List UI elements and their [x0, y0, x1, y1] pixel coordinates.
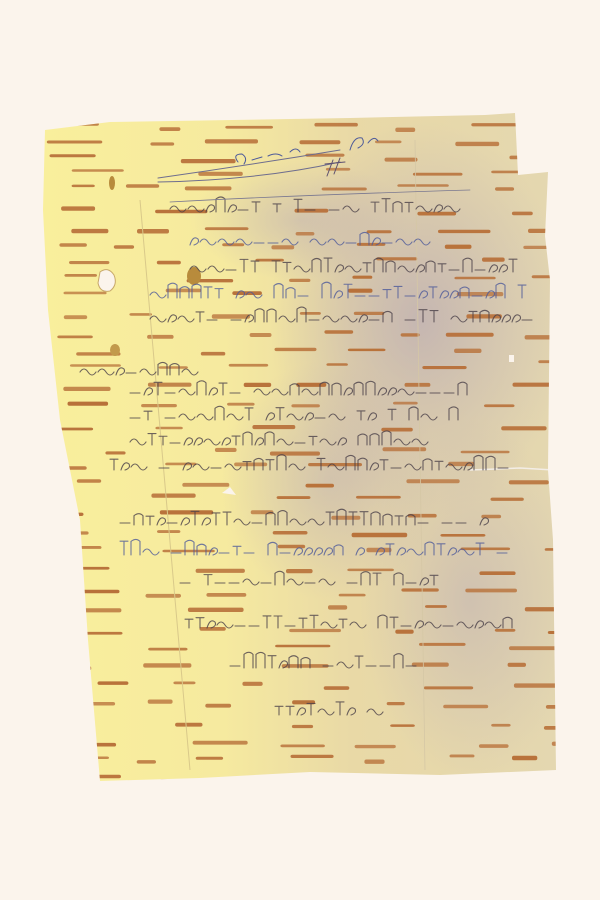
lenticel	[361, 775, 409, 778]
lenticel	[273, 531, 308, 535]
lenticel	[150, 142, 174, 145]
lenticel	[339, 594, 366, 597]
lenticel	[387, 702, 405, 705]
lenticel	[61, 206, 95, 210]
manuscript-photo	[0, 0, 600, 900]
lenticel	[196, 569, 245, 573]
lenticel	[70, 632, 123, 635]
lenticel	[48, 646, 66, 649]
lenticel	[552, 742, 592, 746]
lenticel	[229, 364, 269, 367]
lenticel	[193, 741, 248, 745]
lenticel	[159, 366, 188, 369]
lenticel	[352, 533, 408, 538]
lenticel	[355, 745, 396, 748]
lenticel	[532, 275, 568, 278]
lenticel	[212, 314, 250, 318]
lenticel	[509, 480, 549, 484]
lenticel	[364, 760, 384, 764]
lenticel	[227, 403, 255, 406]
lenticel	[306, 484, 335, 488]
lenticel	[525, 335, 580, 339]
lenticel	[46, 497, 75, 501]
lenticel	[513, 383, 552, 387]
lenticel	[482, 258, 505, 262]
lenticel	[148, 648, 187, 651]
lenticel	[424, 686, 474, 689]
lenticel	[75, 546, 102, 549]
lenticel	[446, 333, 494, 337]
lenticel	[538, 360, 583, 363]
lenticel	[471, 123, 525, 126]
lenticel	[438, 230, 491, 233]
lenticel	[70, 364, 121, 367]
lenticel	[295, 209, 329, 213]
lenticel	[271, 245, 294, 249]
lenticel	[225, 126, 273, 129]
lenticel	[205, 704, 231, 708]
lenticel	[557, 350, 599, 354]
lenticel	[440, 534, 485, 537]
lenticel	[450, 755, 475, 758]
lenticel	[147, 335, 174, 339]
hole	[509, 355, 514, 362]
lenticel	[289, 279, 310, 282]
lenticel	[397, 184, 449, 187]
lenticel	[244, 383, 272, 387]
lenticel	[512, 756, 537, 760]
lenticel	[296, 232, 315, 236]
lenticel	[454, 349, 481, 353]
lenticel	[72, 169, 124, 172]
lenticel	[555, 140, 592, 144]
lenticel	[501, 426, 546, 430]
birch-bark-sheet	[40, 113, 600, 784]
lenticel	[348, 289, 372, 293]
lenticel	[454, 277, 495, 280]
lenticel	[289, 629, 341, 632]
lenticel	[491, 724, 510, 727]
lenticel	[508, 663, 526, 667]
lenticel	[559, 156, 600, 160]
knot	[109, 176, 115, 190]
lenticel	[148, 383, 192, 387]
lenticel	[357, 243, 386, 246]
lenticel	[148, 700, 173, 704]
lenticel	[417, 212, 456, 216]
lenticel	[292, 725, 313, 728]
lenticel	[557, 463, 578, 466]
lenticel	[280, 745, 325, 748]
lenticel	[277, 496, 311, 499]
lenticel	[64, 292, 107, 295]
lenticel	[69, 261, 109, 264]
lenticel	[314, 123, 358, 127]
lenticel	[509, 156, 527, 160]
lenticel	[63, 387, 110, 391]
lenticel	[300, 312, 321, 315]
lenticel	[406, 479, 459, 483]
lenticel	[43, 682, 71, 686]
lenticel	[69, 666, 91, 670]
lenticel	[512, 212, 533, 216]
lenticel	[523, 246, 577, 249]
lenticel	[72, 590, 119, 594]
lenticel	[525, 607, 570, 611]
lenticel	[270, 452, 320, 456]
lenticel	[175, 723, 202, 727]
lenticel	[64, 315, 87, 319]
lenticel	[77, 775, 121, 779]
lenticel	[300, 140, 341, 144]
lenticel	[40, 451, 62, 456]
lenticel	[405, 383, 431, 387]
lenticel	[166, 289, 201, 293]
hole	[98, 270, 115, 292]
lenticel	[275, 348, 317, 351]
lenticel	[465, 589, 517, 593]
lenticel	[461, 451, 510, 454]
lenticel	[347, 569, 394, 572]
lenticel	[326, 363, 348, 366]
lenticel	[348, 349, 386, 352]
lenticel	[143, 663, 191, 667]
lenticel	[234, 463, 267, 467]
lenticel	[185, 186, 232, 190]
lenticel	[41, 723, 88, 727]
lenticel	[62, 531, 89, 534]
lenticel	[205, 227, 249, 230]
lenticel	[206, 593, 246, 597]
lenticel	[401, 333, 420, 336]
lenticel	[105, 451, 125, 454]
lenticel	[47, 141, 103, 144]
lenticel	[151, 494, 195, 498]
lenticel	[52, 466, 86, 470]
lenticel	[390, 724, 415, 727]
lenticel	[75, 757, 109, 760]
knot	[110, 344, 120, 356]
lenticel	[479, 571, 515, 575]
lenticel	[497, 778, 515, 781]
lenticel	[548, 631, 568, 634]
lenticel	[495, 187, 514, 190]
lenticel	[419, 643, 466, 646]
lenticel	[72, 185, 95, 188]
lenticel	[412, 663, 449, 667]
lenticel	[559, 780, 584, 784]
lenticel	[545, 548, 573, 551]
lenticel	[286, 569, 313, 573]
lenticel	[491, 171, 520, 174]
lenticel	[422, 366, 466, 369]
lenticel	[544, 726, 572, 730]
lenticel	[196, 757, 223, 760]
lenticel	[550, 289, 591, 293]
lenticel	[393, 402, 418, 405]
lenticel	[273, 775, 324, 779]
lenticel	[181, 159, 236, 163]
lenticel	[528, 229, 559, 233]
lenticel	[324, 330, 353, 333]
lenticel	[98, 681, 129, 685]
lenticel	[445, 245, 472, 249]
lenticel	[173, 682, 195, 685]
lenticel	[352, 276, 372, 279]
lenticel	[250, 333, 272, 337]
lenticel	[188, 608, 244, 612]
lenticel	[375, 141, 402, 144]
lenticel	[141, 404, 177, 407]
lenticel	[495, 629, 516, 632]
lenticel	[75, 567, 109, 570]
lenticel	[367, 230, 392, 233]
lenticel	[484, 404, 515, 407]
lenticel	[71, 229, 108, 233]
lenticel	[443, 705, 488, 709]
lenticel	[455, 142, 499, 146]
lenticel	[64, 274, 97, 277]
lenticel	[60, 123, 99, 126]
lenticel	[201, 352, 226, 356]
lenticel	[157, 261, 181, 265]
lenticel	[137, 760, 156, 764]
lenticel	[461, 548, 511, 551]
lenticel	[56, 428, 93, 431]
lenticel	[514, 683, 569, 687]
lenticel	[137, 229, 169, 234]
lenticel	[126, 184, 159, 188]
lenticel	[146, 594, 182, 598]
lenticel	[215, 448, 237, 452]
stain	[190, 160, 410, 280]
lenticel	[354, 312, 385, 315]
lenticel	[491, 498, 524, 501]
lenticel	[385, 158, 418, 162]
lenticel	[68, 702, 115, 706]
lenticel	[47, 513, 84, 516]
lenticel	[50, 154, 96, 157]
lenticel	[68, 402, 109, 406]
lenticel	[291, 404, 320, 407]
lenticel	[395, 630, 413, 634]
lenticel	[552, 314, 598, 317]
lenticel	[395, 128, 415, 132]
lenticel	[182, 483, 229, 487]
lenticel	[322, 188, 367, 191]
lenticel	[413, 173, 463, 176]
lenticel	[159, 127, 180, 131]
lenticel	[160, 779, 181, 783]
lenticel	[114, 245, 134, 248]
lenticel	[479, 744, 509, 748]
lenticel	[69, 608, 122, 612]
lenticel	[425, 605, 447, 608]
lenticel	[59, 243, 87, 247]
lenticel	[558, 535, 600, 538]
lenticel	[198, 172, 243, 176]
lenticel	[401, 588, 438, 591]
lenticel	[205, 139, 258, 143]
lenticel	[324, 686, 350, 690]
lenticel	[242, 682, 262, 686]
lenticel	[63, 743, 116, 747]
lenticel	[509, 646, 560, 650]
lenticel	[252, 425, 295, 429]
lenticel	[77, 479, 101, 483]
lenticel	[275, 645, 330, 648]
lenticel	[291, 755, 334, 758]
lenticel	[356, 496, 401, 499]
lenticel	[328, 605, 347, 609]
lenticel	[546, 705, 593, 709]
lenticel	[57, 336, 93, 339]
lenticel	[129, 313, 152, 316]
